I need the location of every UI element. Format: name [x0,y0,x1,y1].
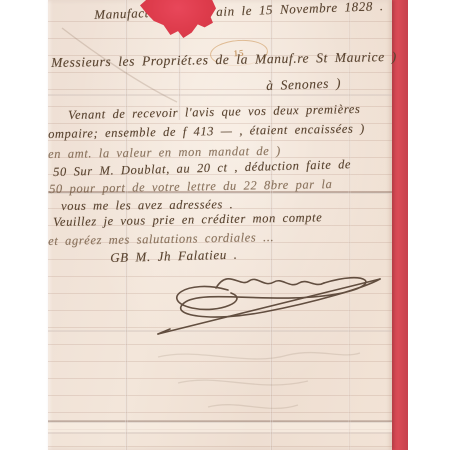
signature-flourish [128,258,394,346]
ink-show-through [138,345,368,425]
address-line-2: à Senones ) [266,75,341,94]
letter-paper: 15 Manufactu ain le 15 Novembre 1828 . M… [48,0,392,450]
fold-crease [48,432,392,434]
letter-photo: 15 Manufactu ain le 15 Novembre 1828 . M… [0,0,450,450]
